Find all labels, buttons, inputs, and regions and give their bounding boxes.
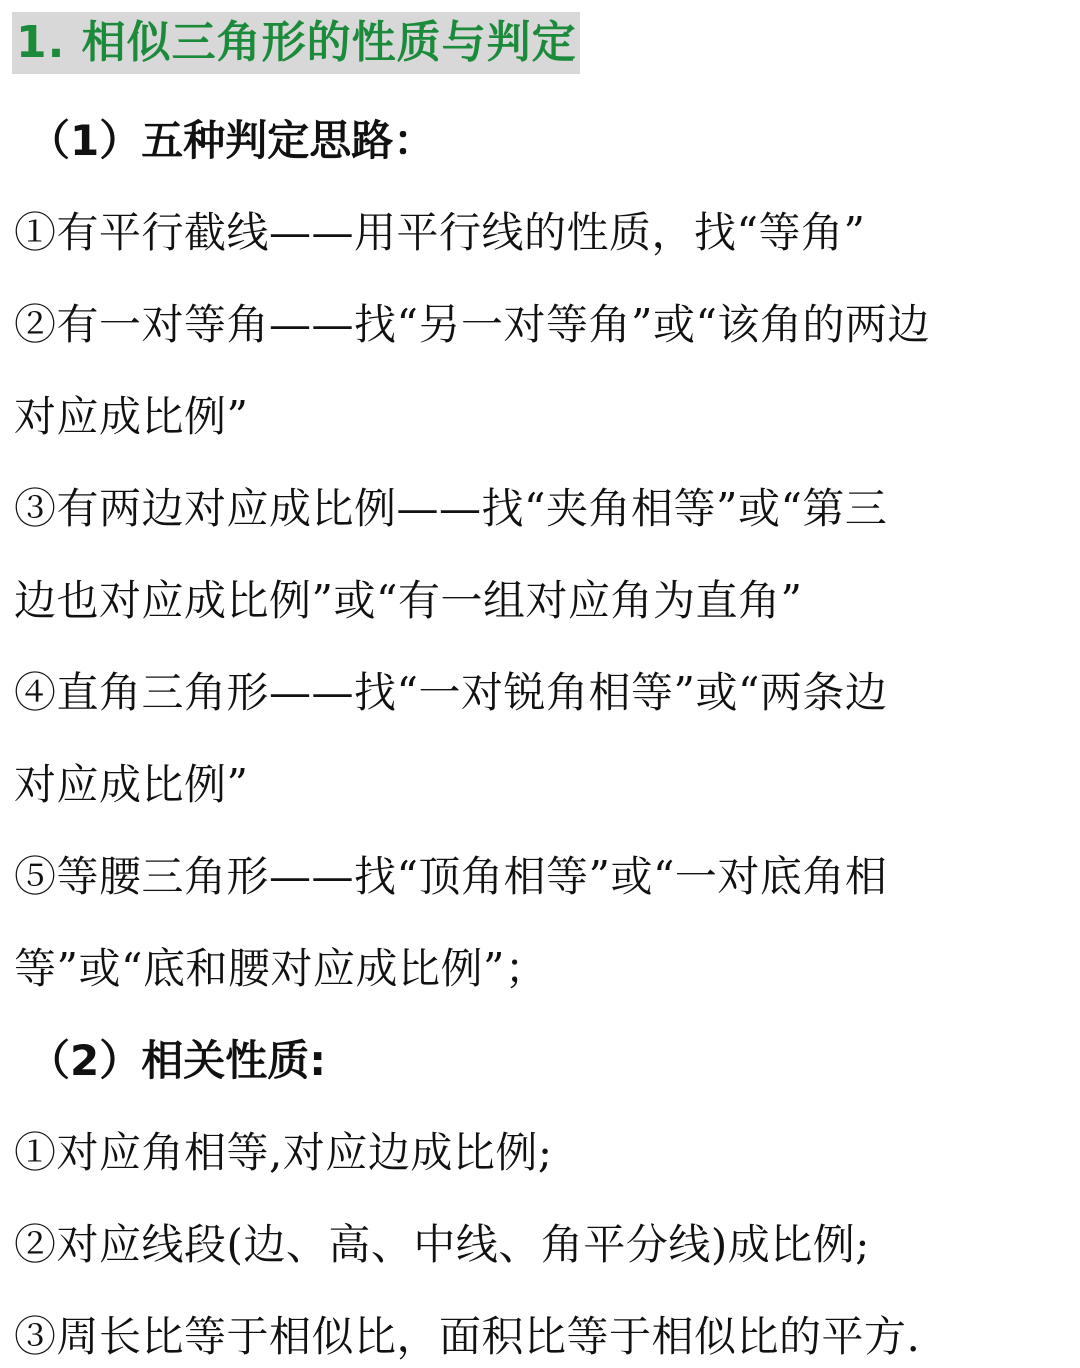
judgement-line-4-cont: 对应成比例” xyxy=(14,752,248,812)
section-heading-judgement: （1）五种判定思路： xyxy=(28,108,435,168)
judgement-line-2-cont: 对应成比例” xyxy=(14,384,248,444)
judgement-line-1: ①有平行截线——用平行线的性质，找“等角” xyxy=(14,200,865,260)
document-title: 1. 相似三角形的性质与判定 xyxy=(12,12,580,74)
property-line-1: ①对应角相等,对应边成比例; xyxy=(14,1120,553,1180)
judgement-line-3: ③有两边对应成比例——找“夹角相等”或“第三 xyxy=(14,476,887,536)
judgement-line-5-cont: 等”或“底和腰对应成比例”； xyxy=(14,936,547,996)
property-line-2: ②对应线段(边、高、中线、角平分线)成比例; xyxy=(14,1212,870,1272)
judgement-line-5: ⑤等腰三角形——找“顶角相等”或“一对底角相 xyxy=(14,844,887,904)
judgement-line-4: ④直角三角形——找“一对锐角相等”或“两条边 xyxy=(14,660,887,720)
judgement-line-2: ②有一对等角——找“另一对等角”或“该角的两边 xyxy=(14,292,930,352)
section-heading-properties: （2）相关性质: xyxy=(28,1028,326,1088)
property-line-3: ③周长比等于相似比，面积比等于相似比的平方. xyxy=(14,1304,920,1364)
judgement-line-3-cont: 边也对应成比例”或“有一组对应角为直角” xyxy=(14,568,802,628)
